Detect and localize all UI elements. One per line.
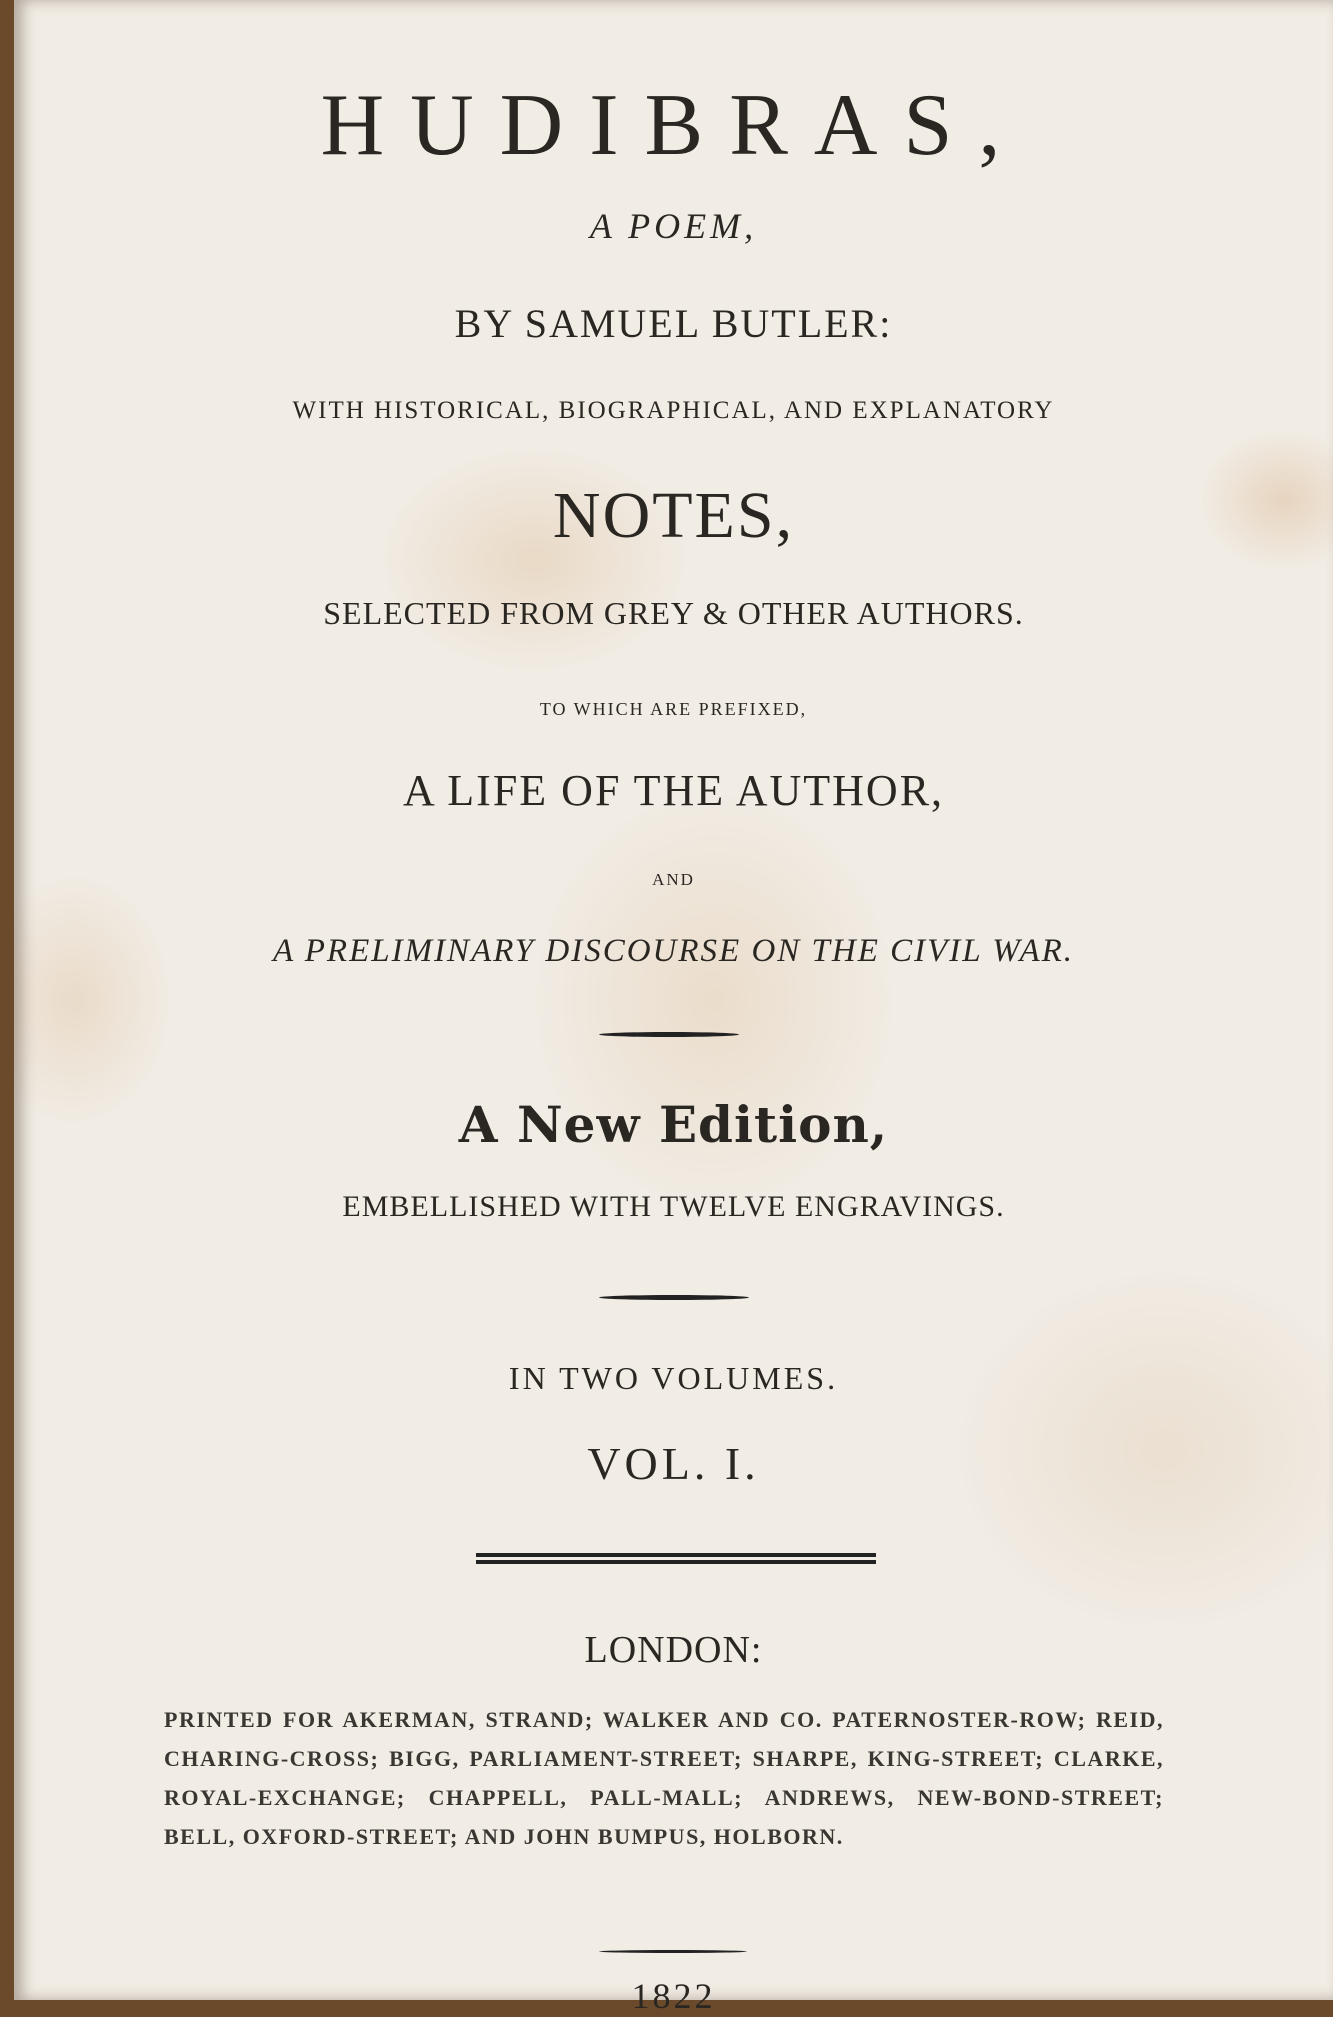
ornamental-rule [599, 1295, 749, 1300]
prefixed-line: TO WHICH ARE PREFIXED, [14, 699, 1333, 720]
with-notes-line: WITH HISTORICAL, BIOGRAPHICAL, AND EXPLA… [14, 397, 1333, 425]
volumes-line: IN TWO VOLUMES. [14, 1360, 1333, 1397]
and-line: AND [14, 870, 1333, 890]
ornamental-rule [599, 1032, 739, 1037]
book-title: HUDIBRAS, [14, 75, 1333, 176]
discourse-line: A PRELIMINARY DISCOURSE ON THE CIVIL WAR… [14, 933, 1333, 970]
title-page: HUDIBRAS, A POEM, BY SAMUEL BUTLER: WITH… [14, 0, 1333, 2000]
publication-year: 1822 [14, 1975, 1333, 2000]
place-of-publication: LONDON: [14, 1628, 1333, 1672]
embellished-line: EMBELLISHED WITH TWELVE ENGRAVINGS. [14, 1190, 1333, 1224]
author-line: BY SAMUEL BUTLER: [14, 300, 1333, 347]
notes-heading: NOTES, [14, 478, 1333, 554]
subtitle: A POEM, [14, 205, 1333, 247]
double-rule [476, 1553, 876, 1567]
edition-line: A New Edition, [14, 1095, 1333, 1154]
imprint: PRINTED FOR AKERMAN, STRAND; WALKER AND … [164, 1700, 1164, 1856]
volume-number: VOL. I. [14, 1437, 1333, 1490]
life-of-author-line: A LIFE OF THE AUTHOR, [14, 765, 1333, 816]
ornamental-rule [599, 1950, 747, 1953]
selected-from-line: SELECTED FROM GREY & OTHER AUTHORS. [14, 595, 1333, 632]
